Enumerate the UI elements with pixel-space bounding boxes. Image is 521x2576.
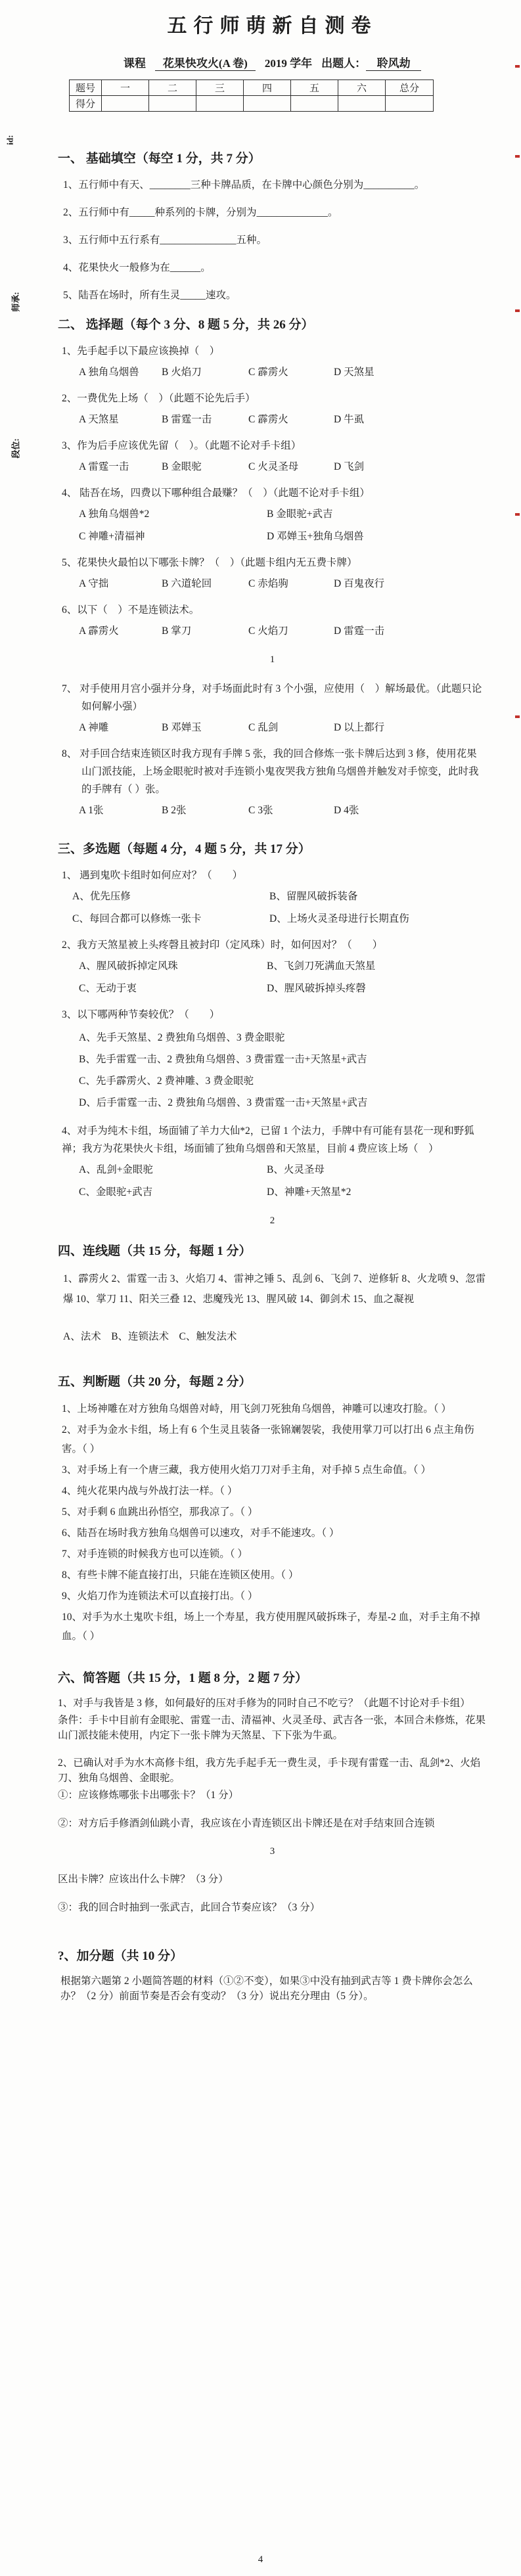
question-text: 3、作为后手应该优先留（ ）。（此题不论对手卡组） bbox=[62, 437, 487, 455]
judge-question: 4、纯火花果内战与外战打法一样。（ ） bbox=[62, 1481, 487, 1501]
page-title: 五行师萌新自测卷 bbox=[58, 9, 487, 38]
options-grid: A、腥风破拆掉定风珠 B、飞剑刀死满血天煞星 C、无动于衷 D、腥风破拆掉头疼磬 bbox=[79, 957, 487, 997]
options-row: A 1张 B 2张 C 3张 D 4张 bbox=[79, 802, 487, 819]
judge-question: 3、对手场上有一个唐三藏，我方使用火焰刀刀对手主角，对手掉 5 点生命值。（ ） bbox=[62, 1460, 487, 1480]
option: C、无动于衷 bbox=[79, 980, 267, 997]
edge-mark bbox=[515, 65, 520, 68]
options-row: A 独角乌烟兽 B 火焰刀 C 霹雳火 D 天煞星 bbox=[79, 363, 487, 381]
judgement-block: 1、上场神雕在对方独角乌烟兽对峙，用飞剑刀死独角乌烟兽，神雕可以速攻打脸。（ ）… bbox=[58, 1399, 487, 1646]
option: C 火焰刀 bbox=[248, 622, 334, 640]
score-row-label: 得分 bbox=[70, 96, 102, 112]
option: A 神雕 bbox=[79, 719, 162, 736]
question: 5、花果快火最怕以下哪张卡牌？（ ）（此题卡组内无五费卡牌） A 守拙 B 六道… bbox=[58, 554, 487, 593]
option: D、神雕+天煞星*2 bbox=[267, 1183, 487, 1201]
edge-mark bbox=[515, 715, 520, 718]
matching-targets: A、法术 B、连锁法术 C、触发法术 bbox=[63, 1326, 487, 1347]
option: A、先手天煞星、2 费独角乌烟兽、3 费金眼驼 bbox=[79, 1027, 487, 1049]
judge-question: 9、火焰刀作为连锁法术可以直接打出。（ ） bbox=[62, 1587, 487, 1606]
page-number: 4 bbox=[0, 2554, 521, 2565]
question: 3、以下哪两种节奏较优？（ ） A、先手天煞星、2 费独角乌烟兽、3 费金眼驼 … bbox=[58, 1006, 487, 1114]
question-text: 8、 对手回合结束连锁区时我方现有手牌 5 张，我的回合修炼一张卡牌后达到 3 … bbox=[62, 745, 487, 798]
question: 4、 陆吾在场，四费以下哪种组合最赚？（ ）（此题不论对手卡组） A 独角乌烟兽… bbox=[58, 484, 487, 545]
section6-heading: 六、简答题（共 15 分，1 题 8 分，2 题 7 分） bbox=[58, 1668, 487, 1686]
short-answer-block: 1、对手与我皆是 3 修，如何最好的压对手修为的同时自己不吃亏？（此题不讨论对手… bbox=[58, 1696, 487, 1916]
fill-question: 2、五行师中有_____种系列的卡牌，分别为______________。 bbox=[63, 204, 487, 221]
judge-question: 6、陆吾在场时我方独角乌烟兽可以速攻，对手不能速攻。（ ） bbox=[62, 1524, 487, 1543]
question-text: 1、 遇到鬼吹卡组时如何应对？（ ） bbox=[62, 867, 487, 884]
options-row: A 天煞星 B 雷霆一击 C 霹雳火 D 牛虱 bbox=[79, 411, 487, 428]
question-text: 4、 陆吾在场，四费以下哪种组合最赚？（ ）（此题不论对手卡组） bbox=[62, 484, 487, 502]
question-text: 6、以下（ ）不是连锁法术。 bbox=[62, 601, 487, 619]
option: C、每回合都可以修炼一张卡 bbox=[72, 910, 269, 928]
option: B 金眼驼 bbox=[162, 458, 248, 476]
option: A 守拙 bbox=[79, 575, 162, 593]
option: B、飞剑刀死满血天煞星 bbox=[267, 957, 487, 975]
score-cell-empty bbox=[102, 96, 149, 112]
options-row: A 守拙 B 六道轮回 C 赤焰驹 D 百鬼夜行 bbox=[79, 575, 487, 593]
option: B 火焰刀 bbox=[162, 363, 248, 381]
question: 4、对手为纯木卡组，场面铺了羊力大仙*2，已留 1 个法力，手牌中有可能有昙花一… bbox=[58, 1122, 487, 1201]
options-list: A、先手天煞星、2 费独角乌烟兽、3 费金眼驼 B、先手雷霆一击、2 费独角乌烟… bbox=[79, 1027, 487, 1114]
score-header-cell: 三 bbox=[196, 80, 244, 96]
option: C 乱剑 bbox=[248, 719, 334, 736]
option: B 雷霆一击 bbox=[162, 411, 248, 428]
score-header-cell: 六 bbox=[338, 80, 386, 96]
options-grid: A、乱剑+金眼驼 B、火灵圣母 C、金眼驼+武吉 D、神雕+天煞星*2 bbox=[79, 1161, 487, 1201]
question-text: 3、以下哪两种节奏较优？（ ） bbox=[62, 1006, 487, 1024]
option: C 3张 bbox=[248, 802, 334, 819]
page-number: 3 bbox=[58, 1846, 487, 1857]
score-cell-empty bbox=[244, 96, 291, 112]
options-row: A 雷霆一击 B 金眼驼 C 火灵圣母 D 飞剑 bbox=[79, 458, 487, 476]
examiner-label: 出题人： bbox=[321, 57, 366, 70]
option: B 六道轮回 bbox=[162, 575, 248, 593]
question-text: 4、对手为纯木卡组，场面铺了羊力大仙*2，已留 1 个法力，手牌中有可能有昙花一… bbox=[62, 1122, 487, 1158]
option: D、后手雷霆一击、2 费独角乌烟兽、3 费雷霆一击+天煞星+武吉 bbox=[79, 1092, 487, 1114]
edge-mark bbox=[515, 155, 520, 158]
sa-subquestion: ③：我的回合时抽到一张武吉，此回合节奏应该？（3 分） bbox=[58, 1900, 487, 1916]
judge-question: 7、对手连锁的时候我方也可以连锁。（ ） bbox=[62, 1545, 487, 1564]
option: D 4张 bbox=[334, 802, 487, 819]
option: C 霹雳火 bbox=[248, 411, 334, 428]
fill-question: 5、陆吾在场时，所有生灵_____速攻。 bbox=[63, 286, 487, 304]
score-cell-empty bbox=[338, 96, 386, 112]
option: D 牛虱 bbox=[334, 411, 487, 428]
options-grid: A、优先压修 B、留腥风破拆装备 C、每回合都可以修炼一张卡 D、上场火灵圣母进… bbox=[72, 888, 487, 928]
option: C 火灵圣母 bbox=[248, 458, 334, 476]
question-text: 1、先手起手以下最应该换掉（ ） bbox=[62, 342, 487, 360]
judge-question: 10、对手为水土鬼吹卡组，场上一个寿星，我方使用腥风破拆珠子，寿星-2 血，对手… bbox=[62, 1608, 487, 1646]
sa-question-text: 2、已确认对手为水木高修卡组，我方先手起手无一费生灵，手卡现有雷霆一击、乱剑*2… bbox=[58, 1755, 487, 1786]
option: D 以上都行 bbox=[334, 719, 487, 736]
score-cell-empty bbox=[149, 96, 196, 112]
score-header-cell: 一 bbox=[102, 80, 149, 96]
options-row: A 霹雳火 B 掌刀 C 火焰刀 D 雷霆一击 bbox=[79, 622, 487, 640]
judge-question: 2、对手为金水卡组，场上有 6 个生灵且装备一张锦斓袈裟，我使用掌刀可以打出 6… bbox=[62, 1420, 487, 1458]
question: 1、 遇到鬼吹卡组时如何应对？（ ） A、优先压修 B、留腥风破拆装备 C、每回… bbox=[58, 867, 487, 928]
score-cell-empty bbox=[196, 96, 244, 112]
option: C 赤焰驹 bbox=[248, 575, 334, 593]
question: 1、先手起手以下最应该换掉（ ） A 独角乌烟兽 B 火焰刀 C 霹雳火 D 天… bbox=[58, 342, 487, 381]
option: D、腥风破拆掉头疼磬 bbox=[267, 980, 487, 997]
option: A、腥风破拆掉定风珠 bbox=[79, 957, 267, 975]
score-cell-empty bbox=[386, 96, 434, 112]
bonus-question: 根据第六题第 2 小题简答题的材料（①②不变），如果③中没有抽到武吉等 1 费卡… bbox=[60, 1974, 487, 2004]
question: 6、以下（ ）不是连锁法术。 A 霹雳火 B 掌刀 C 火焰刀 D 雷霆一击 bbox=[58, 601, 487, 640]
matching-block: 1、霹雳火 2、雷霆一击 3、火焰刀 4、雷神之锤 5、乱剑 6、飞剑 7、逆修… bbox=[58, 1269, 487, 1347]
section5-heading: 五、判断题（共 20 分，每题 2 分） bbox=[58, 1372, 487, 1390]
sa-subquestion: ①：应该修炼哪张卡出哪张卡？（1 分） bbox=[58, 1788, 487, 1803]
course-value: 花果快攻火(A 卷) bbox=[155, 54, 256, 71]
option: B、火灵圣母 bbox=[267, 1161, 487, 1179]
score-header-cell: 五 bbox=[291, 80, 338, 96]
option: C 神雕+清福神 bbox=[79, 528, 267, 545]
bonus-heading: ?、加分题（共 10 分） bbox=[58, 1946, 487, 1964]
score-header-cell: 题号 bbox=[70, 80, 102, 96]
judge-question: 8、有些卡牌不能直接打出，只能在连锁区使用。（ ） bbox=[62, 1566, 487, 1585]
question-text: 2、我方天煞星被上头疼磬且被封印（定风珠）时，如何因对？（ ） bbox=[62, 936, 487, 954]
option: D、上场火灵圣母进行长期直伤 bbox=[269, 910, 487, 928]
option: B 金眼驼+武吉 bbox=[267, 505, 487, 523]
option: D 百鬼夜行 bbox=[334, 575, 487, 593]
margin-label-mentor: 师承: bbox=[9, 292, 22, 311]
matching-items: 1、霹雳火 2、雷霆一击 3、火焰刀 4、雷神之锤 5、乱剑 6、飞剑 7、逆修… bbox=[63, 1269, 487, 1309]
question: 2、一费优先上场（ ）（此题不论先后手） A 天煞星 B 雷霆一击 C 霹雳火 … bbox=[58, 390, 487, 428]
margin-label-id: id: bbox=[5, 135, 16, 145]
margin-label-rank: 段位: bbox=[9, 438, 22, 458]
section2-heading: 二、 选择题（每个 3 分、8 题 5 分，共 26 分） bbox=[58, 315, 487, 332]
option: B、先手雷霆一击、2 费独角乌烟兽、3 费雷霆一击+天煞星+武吉 bbox=[79, 1049, 487, 1070]
score-cell-empty bbox=[291, 96, 338, 112]
judge-question: 1、上场神雕在对方独角乌烟兽对峙，用飞剑刀死独角乌烟兽，神雕可以速攻打脸。（ ） bbox=[62, 1399, 487, 1418]
option: A 独角乌烟兽*2 bbox=[79, 505, 267, 523]
score-header-cell: 四 bbox=[244, 80, 291, 96]
question: 3、作为后手应该优先留（ ）。（此题不论对手卡组） A 雷霆一击 B 金眼驼 C… bbox=[58, 437, 487, 476]
score-table-score-row: 得分 bbox=[70, 96, 434, 112]
section1-heading: 一、 基础填空（每空 1 分，共 7 分） bbox=[58, 148, 487, 166]
question-text: 5、花果快火最怕以下哪张卡牌？（ ）（此题卡组内无五费卡牌） bbox=[62, 554, 487, 572]
sa-question-condition: 条件：手卡中目前有金眼驼、雷霆一击、清福神、火灵圣母、武吉各一张，本回合未修炼，… bbox=[58, 1713, 487, 1744]
option: A 独角乌烟兽 bbox=[79, 363, 162, 381]
option: A 雷霆一击 bbox=[79, 458, 162, 476]
sa-question-text: 1、对手与我皆是 3 修，如何最好的压对手修为的同时自己不吃亏？（此题不讨论对手… bbox=[58, 1696, 487, 1711]
option: D 天煞星 bbox=[334, 363, 487, 381]
option: B、留腥风破拆装备 bbox=[269, 888, 487, 905]
fill-question: 3、五行师中五行系有_______________五种。 bbox=[63, 231, 487, 249]
option: A 天煞星 bbox=[79, 411, 162, 428]
fill-question: 4、花果快火一般修为在______。 bbox=[63, 259, 487, 277]
examiner-value: 聆风劫 bbox=[366, 54, 421, 71]
option: C、先手霹雳火、2 费神雕、3 费金眼驼 bbox=[79, 1070, 487, 1092]
option: A、优先压修 bbox=[72, 888, 269, 905]
option: D 邓婵玉+独角乌烟兽 bbox=[267, 528, 487, 545]
option: C、金眼驼+武吉 bbox=[79, 1183, 267, 1201]
option: D 雷霆一击 bbox=[334, 622, 487, 640]
option: C 霹雳火 bbox=[248, 363, 334, 381]
question: 8、 对手回合结束连锁区时我方现有手牌 5 张，我的回合修炼一张卡牌后达到 3 … bbox=[58, 745, 487, 819]
option: B 邓婵玉 bbox=[162, 719, 248, 736]
sa-subquestion: 区出卡牌？应该出什么卡牌？（3 分） bbox=[58, 1872, 487, 1887]
score-table-header-row: 题号 一 二 三 四 五 六 总分 bbox=[70, 80, 434, 96]
option: A 霹雳火 bbox=[79, 622, 162, 640]
score-header-cell: 总分 bbox=[386, 80, 434, 96]
score-header-cell: 二 bbox=[149, 80, 196, 96]
section3-heading: 三、多选题（每题 4 分，4 题 5 分，共 17 分） bbox=[58, 839, 487, 857]
course-line: 课程花果快攻火(A 卷)2019 学年出题人：聆风劫 bbox=[58, 54, 487, 71]
question-text: 7、 对手使用月宫小强并分身，对手场面此时有 3 个小强，应使用（ ）解场最优。… bbox=[62, 680, 487, 715]
sa-subquestion: ②：对方后手修酒剑仙跳小青，我应该在小青连锁区出卡牌还是在对手结束回合连锁 bbox=[58, 1816, 487, 1832]
edge-mark bbox=[515, 309, 520, 312]
year-label: 2019 学年 bbox=[265, 57, 312, 70]
course-label: 课程 bbox=[124, 57, 146, 70]
option: A 1张 bbox=[79, 802, 162, 819]
question: 7、 对手使用月宫小强并分身，对手场面此时有 3 个小强，应使用（ ）解场最优。… bbox=[58, 680, 487, 736]
option: B 2张 bbox=[162, 802, 248, 819]
section4-heading: 四、连线题（共 15 分，每题 1 分） bbox=[58, 1241, 487, 1259]
question-text: 2、一费优先上场（ ）（此题不论先后手） bbox=[62, 390, 487, 407]
page-number: 1 bbox=[58, 654, 487, 666]
question: 2、我方天煞星被上头疼磬且被封印（定风珠）时，如何因对？（ ） A、腥风破拆掉定… bbox=[58, 936, 487, 997]
edge-mark bbox=[515, 513, 520, 516]
page-number: 2 bbox=[58, 1215, 487, 1227]
score-table: 题号 一 二 三 四 五 六 总分 得分 bbox=[69, 79, 434, 112]
judge-question: 5、对手剩 6 血跳出孙悟空，那我凉了。（ ） bbox=[62, 1503, 487, 1522]
fill-question: 1、五行师中有天、________三种卡牌品质，在卡牌中心颜色分别为______… bbox=[63, 176, 487, 194]
option: D 飞剑 bbox=[334, 458, 487, 476]
option: B 掌刀 bbox=[162, 622, 248, 640]
exam-sheet: 五行师萌新自测卷 课程花果快攻火(A 卷)2019 学年出题人：聆风劫 题号 一… bbox=[0, 0, 521, 2004]
options-grid: A 独角乌烟兽*2 B 金眼驼+武吉 C 神雕+清福神 D 邓婵玉+独角乌烟兽 bbox=[79, 505, 487, 545]
option: A、乱剑+金眼驼 bbox=[79, 1161, 267, 1179]
options-row: A 神雕 B 邓婵玉 C 乱剑 D 以上都行 bbox=[79, 719, 487, 736]
